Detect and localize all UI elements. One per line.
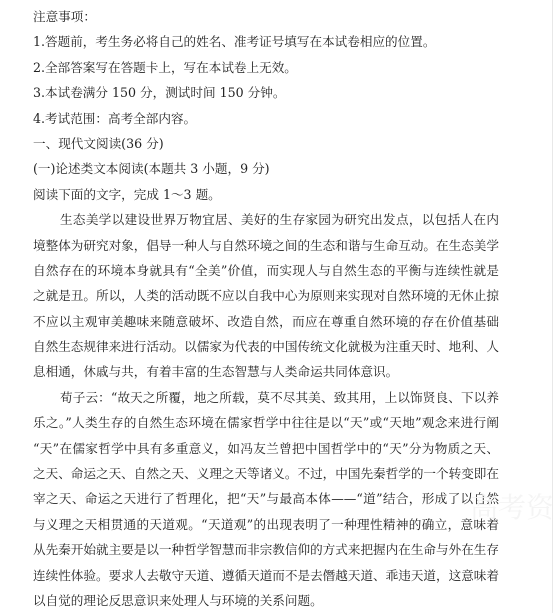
paragraph-line: 自然生态规律来进行活动。以儒家为代表的中国传统文化就极为注重天时、地利、人和的息 <box>33 334 499 359</box>
paragraph-line: 从先秦开始就主要是以一种哲学智慧而非宗教信仰的方式来把握内在生命与外在生存环境的 <box>33 537 499 562</box>
reading-instruction: 阅读下面的文字，完成 1～3 题。 <box>33 182 499 207</box>
paragraph-line: 之就是丑。所以，人类的活动既不应以自我中心为原则来实现对自然环境的无休止掠夺，也 <box>33 283 499 308</box>
paragraph-line: 荀子云：“故天之所覆，地之所载，莫不尽其美、致其用，上以饰贤良、下以养百姓而安 <box>33 385 499 410</box>
passage-paragraph-2: 荀子云：“故天之所覆，地之所载，莫不尽其美、致其用，上以饰贤良、下以养百姓而安 … <box>33 385 499 613</box>
paragraph-line: 生态美学以建设世界万物宜居、美好的生存家园为研究出发点，以包括人在内的自然环 <box>33 207 499 232</box>
section-heading: 一、现代文阅读(36 分) <box>33 131 499 156</box>
passage-paragraph-1: 生态美学以建设世界万物宜居、美好的生存家园为研究出发点，以包括人在内的自然环 境… <box>33 207 499 385</box>
notice-title: 注意事项： <box>33 4 499 29</box>
paragraph-line: 与义理之天相贯通的天道观。“天道观”的出现表明了一种理性精神的确立，意味着中国哲… <box>33 512 499 537</box>
paragraph-line: 不应以主观审美趣味来随意破坏、改造自然，而应在尊重自然环境的存在价值基础上，遵守 <box>33 309 499 334</box>
paragraph-line: 境整体为研究对象，倡导一种人与自然环境之间的生态和谐与生命互动。在生态美学看来， <box>33 233 499 258</box>
paragraph-line: 连续性体验。要求人去敬守天道、遵循天道而不是去僭越天道、乖违天道，这意味着古人是 <box>33 563 499 588</box>
paragraph-line: 之天、命运之天、自然之天、义理之天等诸义。不过，中国先秦哲学的一个转变即在于对主 <box>33 461 499 486</box>
paragraph-line: 乐之。”人类生存的自然生态环境在儒家哲学中往往是以“天”或“天地”观念来进行阐发… <box>33 410 499 435</box>
page-edge-divider <box>552 0 553 613</box>
paragraph-line: 宰之天、命运之天进行了哲理化，把“天”与最高本体——“道”结合，形成了以自然之天 <box>33 486 499 511</box>
section-subheading: (一)论述类文本阅读(本题共 3 小题，9 分) <box>33 156 499 181</box>
notice-item-1: 1.答题前，考生务必将自己的姓名、准考证号填写在本试卷相应的位置。 <box>33 29 499 54</box>
paragraph-line: 以自觉的理论反思意识来处理人与环境的关系问题。 <box>33 588 499 613</box>
paragraph-line: 息相通，休戚与共，有着丰富的生态智慧与人类命运共同体意识。 <box>33 359 499 384</box>
notice-item-4: 4.考试范围：高考全部内容。 <box>33 106 499 131</box>
paragraph-line: “天”在儒家哲学中具有多重意义，如冯友兰曾把中国哲学中的“天”分为物质之天、主宰 <box>33 436 499 461</box>
notice-item-2: 2.全部答案写在答题卡上，写在本试卷上无效。 <box>33 55 499 80</box>
exam-page: 注意事项： 1.答题前，考生务必将自己的姓名、准考证号填写在本试卷相应的位置。 … <box>33 4 499 613</box>
paragraph-line: 自然存在的环境本身就具有“全美”价值，而实现人与自然生态的平衡与连续性就是美，反 <box>33 258 499 283</box>
notice-item-3: 3.本试卷满分 150 分，测试时间 150 分钟。 <box>33 80 499 105</box>
